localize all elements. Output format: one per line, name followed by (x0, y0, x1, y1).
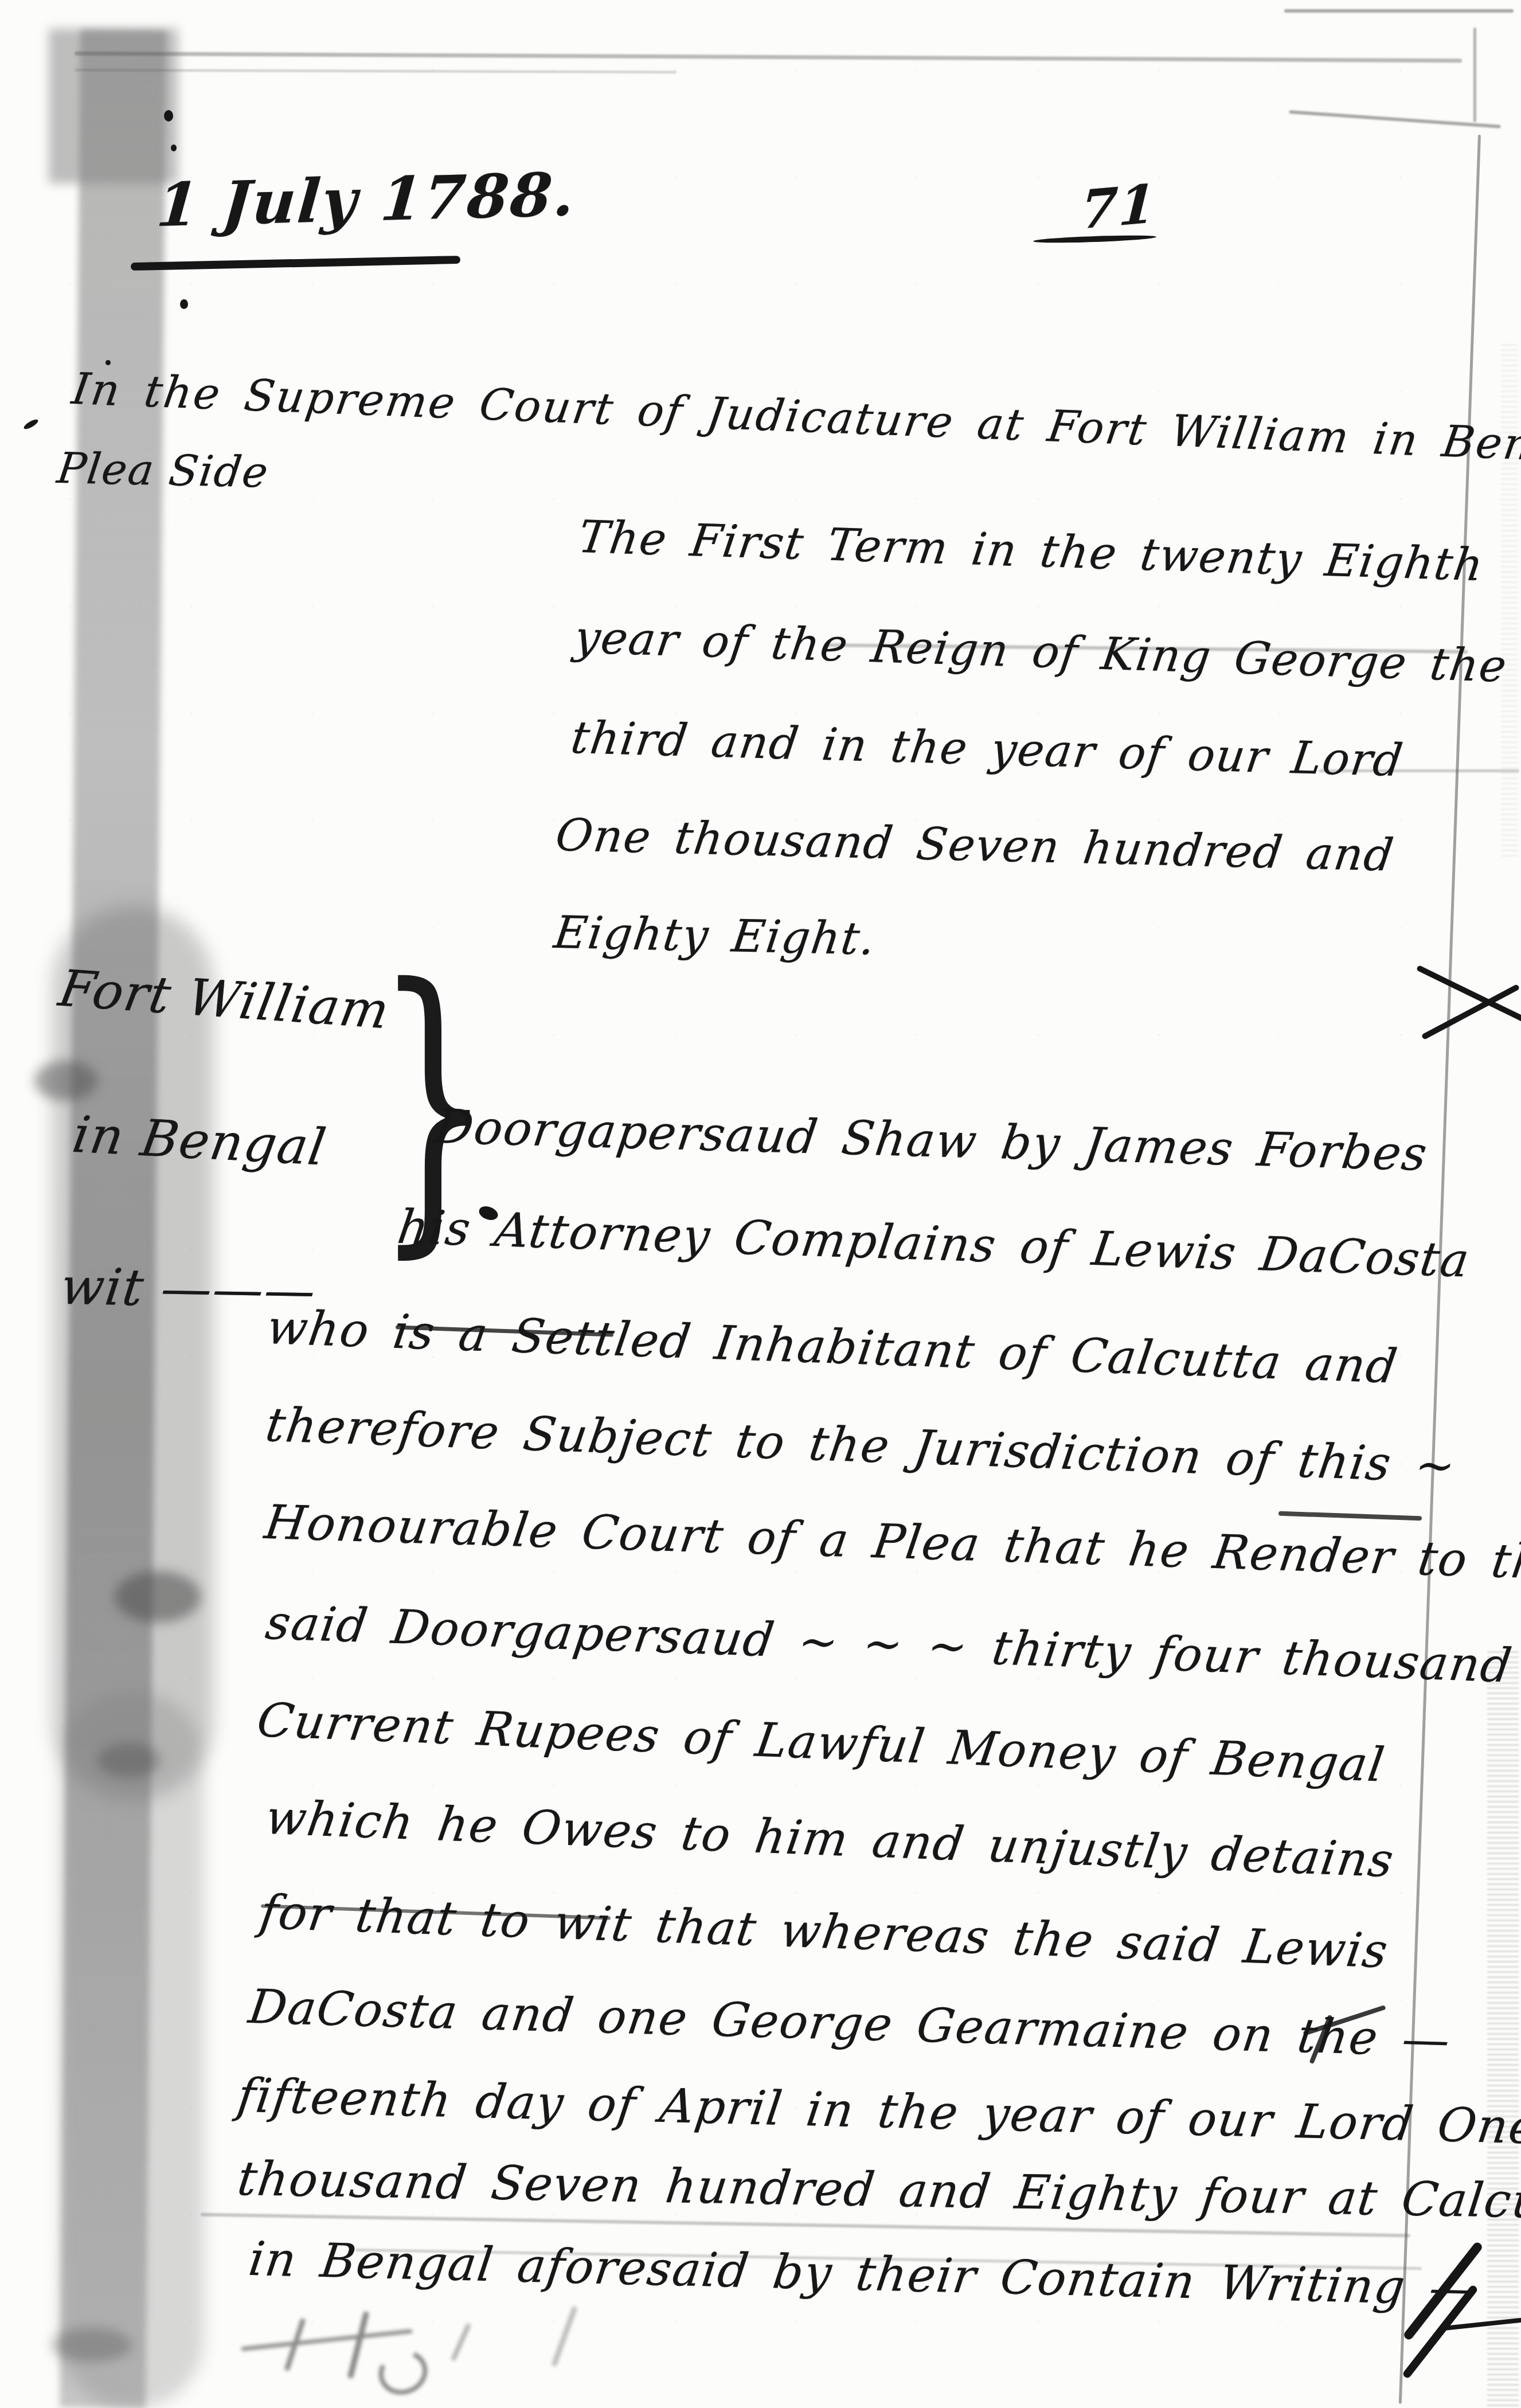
ink-blot (22, 418, 39, 431)
ink-blot (105, 360, 111, 365)
date-underline (131, 256, 460, 271)
bleedthrough-smudge (115, 1571, 201, 1623)
body-line: Doorgapersaud Shaw by James Forbes (432, 1104, 1430, 1178)
body-line: his Attorney Complains of Lewis DaCosta (395, 1204, 1473, 1284)
pen-strike (1278, 1511, 1422, 1521)
ink-blot (164, 110, 173, 122)
term-line: Eighty Eight. (552, 910, 878, 962)
bleedthrough-writing (241, 2311, 613, 2391)
body-line: for that to wit that whereas the said Le… (257, 1889, 1391, 1975)
body-line: who is a Settled Inhabitant of Calcutta … (264, 1304, 1401, 1390)
paper-edge-corner (1473, 28, 1476, 122)
right-edge-noise (1487, 1651, 1519, 2408)
margin-note-line: in Bengal (69, 1109, 330, 1172)
scan-streak (75, 52, 1462, 63)
date-heading: 1 July 1788. (155, 165, 578, 235)
term-line: year of the Reign of King George the (572, 615, 1510, 689)
body-line: Current Rupees of Lawful Money of Bengal (254, 1697, 1388, 1789)
term-line: One thousand Seven hundred and (553, 813, 1397, 878)
page-number: 71 (1080, 177, 1158, 236)
scan-streak (1284, 9, 1514, 13)
scan-gutter-shadow-lower (60, 1691, 204, 2408)
bleedthrough-smudge (97, 1743, 161, 1777)
bleedthrough-smudge (34, 1061, 97, 1101)
body-line: which he Owes to him and unjustly detain… (263, 1795, 1397, 1885)
body-line: DaCosta and one George Gearmaine on the … (246, 1984, 1454, 2064)
body-line: said Doorgapersaud ~ ~ ~ thirty four tho… (263, 1600, 1521, 1692)
term-line: third and in the year of our Lord (569, 716, 1406, 783)
paper-edge-top (1289, 110, 1501, 128)
scan-gutter-shadow-wide (53, 906, 213, 1800)
body-line: in Bengal aforesaid by their Contain Wri… (246, 2236, 1481, 2313)
term-line: The First Term in the twenty Eighth (576, 515, 1487, 588)
plea-side-label: Plea Side (55, 447, 272, 494)
body-line: therefore Subject to the Jurisdiction of… (263, 1402, 1460, 1490)
bleedthrough-smudge (52, 2328, 132, 2362)
x-strike-mark (1416, 965, 1521, 1030)
manuscript-page: 1 July 1788. 71 In the Supreme Court of … (0, 0, 1521, 2408)
body-line: thousand Seven hundred and Eighty four a… (235, 2156, 1521, 2227)
ink-blot (180, 299, 188, 309)
court-heading: In the Supreme Court of Judicature at Fo… (69, 367, 1521, 469)
ink-blot (171, 144, 177, 151)
body-line: fifteenth day of April in the year of ou… (234, 2073, 1521, 2151)
